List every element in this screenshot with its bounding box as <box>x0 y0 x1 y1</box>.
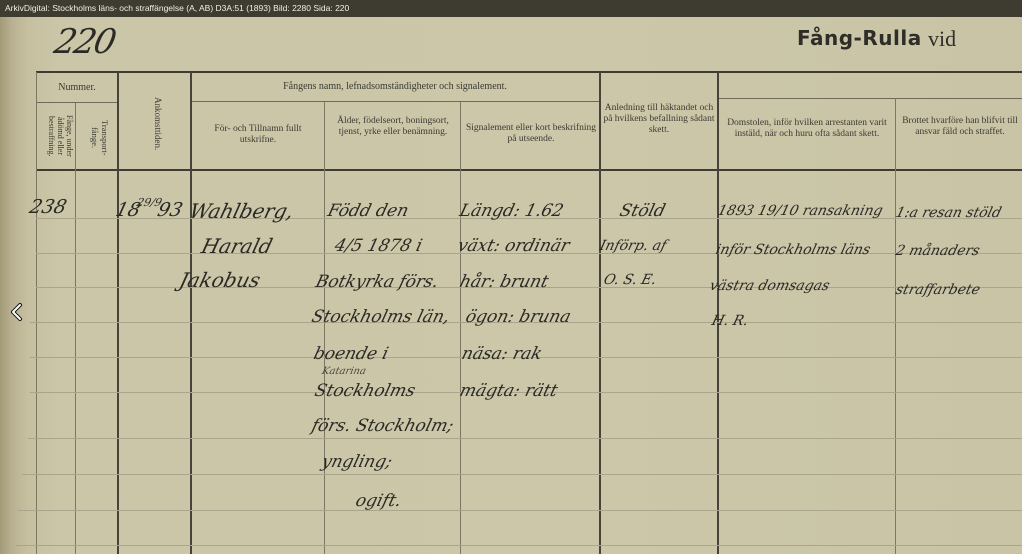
header-nummer: Nummer. <box>37 82 117 93</box>
entry-alder-insert: Katarina <box>321 366 368 377</box>
window-title: ArkivDigital: Stockholms läns- och straf… <box>5 3 349 13</box>
entry-domstolen-line: västra domsagas <box>708 278 831 294</box>
page-title: Fång-Rulla <box>797 26 922 50</box>
entry-signalement-line: Längd: 1.62 <box>458 201 566 221</box>
header-ankomst: Ankomsttiden. <box>143 88 163 160</box>
entry-anledning-line: Stöld <box>618 201 668 221</box>
col-line <box>599 72 601 554</box>
entry-domstolen-line: 1893 19/10 ransakning <box>716 203 884 219</box>
page-title-suffix: vid <box>928 26 956 52</box>
group-header-divider <box>190 101 600 102</box>
entry-alder-line: förs. Stockholm; <box>310 416 456 436</box>
entry-alder-line: boende i <box>312 344 391 364</box>
entry-alder-line: yngling; <box>320 452 395 472</box>
entry-signalement-line: ögon: bruna <box>464 307 573 327</box>
header-alder: Ålder, födelseort, boningsort, tjenst, y… <box>328 116 458 138</box>
col-line <box>895 98 896 554</box>
col-line <box>75 103 76 554</box>
header-namn: För- och Tillnamn fullt utskrifne. <box>206 124 310 146</box>
header-fange-nr: Fånge, under ådömd eller bestraffning. <box>38 105 74 167</box>
entry-signalement-line: hår: brunt <box>458 272 551 292</box>
entry-firstname: Harald <box>199 234 275 258</box>
chevron-left-icon <box>8 302 26 322</box>
entry-alder-line: 4/5 1878 i <box>333 236 425 256</box>
window-title-bar: ArkivDigital: Stockholms läns- och straf… <box>0 0 1022 17</box>
domstol-group-divider <box>717 98 1022 99</box>
col-line <box>460 102 461 554</box>
col-line <box>117 72 119 554</box>
previous-page-button[interactable] <box>8 302 26 322</box>
entry-signalement-line: växt: ordinär <box>456 236 572 256</box>
col-line <box>36 72 37 554</box>
entry-middlename: Jakobus <box>177 268 263 292</box>
col-line <box>324 102 325 554</box>
header-anledning: Anledning till häktandet och på hvilkens… <box>601 103 717 136</box>
entry-domstolen-line: H. R. <box>710 313 750 329</box>
entry-anledning-line: O. S. E. <box>602 272 658 288</box>
header-transport: Transport-fånge. <box>84 110 110 166</box>
table-top-border <box>36 71 1022 73</box>
entry-anledning-line: Införp. af <box>598 238 668 254</box>
entry-brottet-line: 1:a resan stöld <box>894 205 1003 221</box>
entry-alder-line: Stockholms <box>313 381 418 401</box>
row-line <box>28 438 1022 439</box>
entry-surname: Wahlberg, <box>187 199 296 223</box>
entry-alder-line: Stockholms län, <box>310 307 452 327</box>
entry-signalement-line: mägta: rätt <box>458 381 560 401</box>
entry-signalement-line: näsa: rak <box>460 344 545 364</box>
entry-brottet-line: straffarbete <box>894 282 982 298</box>
row-line <box>18 510 1022 511</box>
header-brottet: Brottet hvarföre han blifvit till ansvar… <box>898 116 1022 138</box>
entry-alder-line: Född den <box>326 201 411 221</box>
col-line <box>190 72 192 554</box>
row-line <box>22 474 1022 475</box>
row-line <box>16 545 1022 546</box>
header-domstolen: Domstolen, inför hvilken arrestanten var… <box>720 118 894 140</box>
entry-brottet-line: 2 månaders <box>894 243 981 259</box>
entry-alder-line: ogift. <box>354 491 404 511</box>
entry-nummer: 238 <box>27 196 69 218</box>
entry-domstolen-line: inför Stockholms läns <box>714 242 872 258</box>
header-group-namn: Fångens namn, lefnadsomständigheter och … <box>192 81 598 92</box>
header-bottom-border <box>36 169 1022 171</box>
header-signalement: Signalement eller kort beskrifning på ut… <box>464 123 598 145</box>
page-number: 220 <box>51 22 118 62</box>
entry-alder-line: Botkyrka förs. <box>314 272 441 292</box>
nummer-divider <box>37 102 118 103</box>
